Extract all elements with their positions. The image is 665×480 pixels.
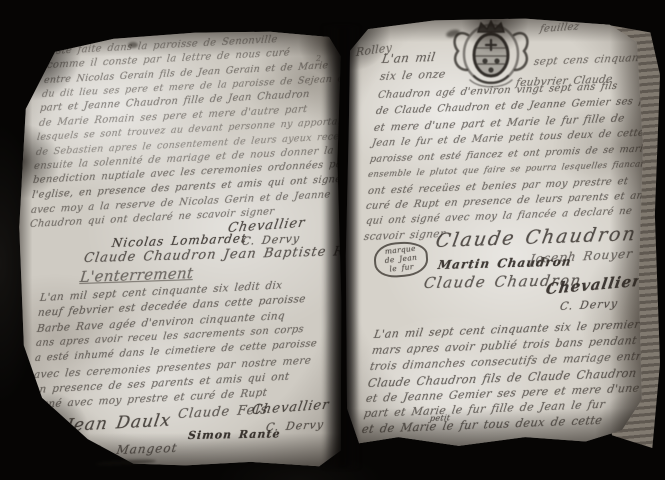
burial-heading: L'enterrement bbox=[79, 264, 194, 286]
interlinear-insertion: petit bbox=[429, 413, 451, 423]
marque-box: marque de Jean le fur bbox=[373, 240, 429, 279]
manuscript-line: L'an mil bbox=[381, 50, 437, 66]
right-page: Rolley feuillez L'an mil sept cens cinqu… bbox=[344, 16, 646, 452]
signature: Chevallier bbox=[251, 397, 331, 418]
manuscript-line: sept cens cinquante bbox=[533, 52, 651, 69]
signature: Jean Daulx bbox=[64, 410, 172, 436]
signature: Ch. Mangeot bbox=[85, 441, 178, 458]
manuscript-line: scavoir signer bbox=[363, 228, 446, 243]
corner-note: feuillez bbox=[539, 21, 580, 35]
signature: C. Dervy bbox=[559, 297, 619, 313]
folio-number: 8 bbox=[342, 52, 348, 62]
left-page: esté faite dans la paroisse de Senonvill… bbox=[16, 30, 342, 468]
signature: C. Dervy bbox=[265, 418, 325, 434]
manuscript-scan: esté faite dans la paroisse de Senonvill… bbox=[0, 0, 665, 480]
signature: Joseph Rouyer bbox=[529, 247, 634, 267]
manuscript-line: six le onze bbox=[379, 67, 447, 83]
edge-mark: 2 bbox=[316, 54, 321, 63]
